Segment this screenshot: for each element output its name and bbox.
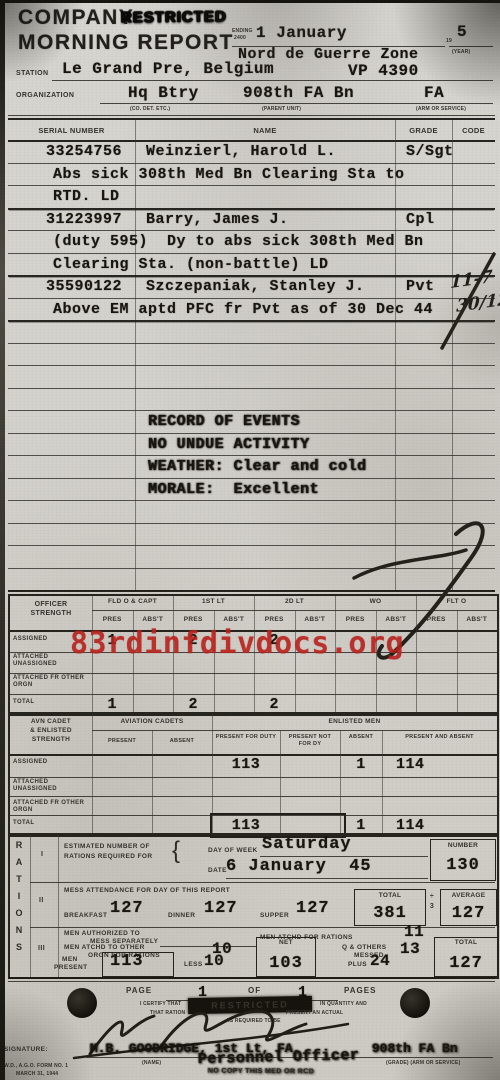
enlisted-row-label: ATTACHED UNASSIGNED <box>13 779 91 793</box>
roster-row <box>8 343 495 367</box>
roster-col-name: NAME <box>135 126 395 135</box>
org-unit-value: Hq Btry <box>128 84 199 102</box>
rations-total-box: TOTAL 127 <box>434 937 498 977</box>
brace-glyph: { <box>172 837 180 865</box>
enlisted-col-header: PRESENT <box>92 738 152 745</box>
atchd-rations-value: 11 <box>404 923 424 941</box>
form-title-line1: COMPANY <box>18 6 134 30</box>
roster-event-line: MORALE: Excellent <box>148 481 319 498</box>
org-caption-unit: (CO. DET. ETC.) <box>130 106 170 112</box>
rations-hline-2 <box>30 927 495 928</box>
enlisted-col-header: PRESENT NOT FOR DY <box>280 734 340 747</box>
roster-row: MORALE: Excellent <box>8 478 495 502</box>
officer-col-sub: ABS'T <box>457 616 498 623</box>
signature-label: SIGNATURE: <box>4 1046 48 1053</box>
dinner-label: DINNER <box>168 912 195 919</box>
breakfast-value: 127 <box>110 899 144 918</box>
signed-unit: 908th FA Bn <box>372 1041 458 1056</box>
rations-date-rule <box>226 878 428 879</box>
roster-remark: (duty 595) Dy to abs sick 308th Med Bn <box>53 233 424 250</box>
roster-row: Clearing Sta. (non-battle) LD <box>8 253 495 278</box>
officer-col-group: WO <box>335 598 416 605</box>
rations-numeral-1: I <box>41 851 43 858</box>
org-arm-value: FA <box>424 84 444 102</box>
officer-col-sub: ABS'T <box>133 616 174 623</box>
officer-col-sub: ABS'T <box>214 616 255 623</box>
station-value: Le Grand Pre, Belgium <box>62 60 274 78</box>
page-label: PAGE <box>126 986 152 995</box>
men-present-label-2: PRESENT <box>54 964 88 971</box>
authorized-rule <box>160 946 256 947</box>
enlisted-strength-title: AVN CADET <box>10 718 92 725</box>
officer-col-group: 2D LT <box>254 598 335 605</box>
enlisted-col-header: PRESENT AND ABSENT <box>382 734 497 741</box>
roster-remark: Clearing Sta. (non-battle) LD <box>53 256 329 273</box>
roster-row <box>8 388 495 412</box>
rations-vline-1 <box>30 835 31 977</box>
net-box: NET 103 <box>256 937 316 977</box>
table-line <box>92 714 93 835</box>
atchd-other-label-1: MEN ATCHD TO OTHER <box>64 944 145 951</box>
roster-row <box>8 365 495 389</box>
org-rule <box>100 103 493 104</box>
mess-attendance-label: MESS ATTENDANCE FOR DAY OF THIS REPORT <box>64 887 230 894</box>
pages-label: PAGES <box>344 986 376 995</box>
roster-row: RTD. LD <box>8 185 495 210</box>
net-value: 103 <box>257 954 315 973</box>
day-of-week-value: Saturday <box>262 835 352 854</box>
authorized-label-1: MEN AUTHORIZED TO <box>64 930 140 937</box>
rations-total-label: TOTAL <box>435 939 497 946</box>
of-label: OF <box>248 986 261 995</box>
enlisted-strength-value: 113 <box>212 756 280 773</box>
enlisted-strength-value: 1 <box>340 756 382 773</box>
breakfast-label: BREAKFAST <box>64 912 107 919</box>
roster-remark: Abs sick 308th Med Bn Clearing Sta to <box>53 166 405 183</box>
table-line <box>416 596 417 714</box>
supper-value: 127 <box>296 899 330 918</box>
enlisted-col-header: PRESENT FOR DUTY <box>212 734 280 741</box>
report-date-value: 1 January <box>256 24 347 42</box>
header-rule-1 <box>8 115 495 116</box>
mess-total-label: TOTAL <box>355 892 425 899</box>
rations-date-value: 6 January 45 <box>226 857 372 876</box>
mess-total-box: TOTAL 381 <box>354 889 426 926</box>
enlisted-row-label: TOTAL <box>13 820 91 827</box>
less-label: LESS <box>184 961 203 968</box>
men-present-label-1: MEN <box>62 956 78 963</box>
roster-row: Above EM aptd PFC fr Pvt as of 30 Dec 44… <box>8 298 495 323</box>
roster-remark: Above EM aptd PFC fr Pvt as of 30 Dec 44 <box>53 301 433 318</box>
officer-col-sub: PRES <box>254 616 295 623</box>
roster-name: Weinzierl, Harold L. <box>146 143 336 160</box>
table-line <box>152 730 153 835</box>
officer-row-label: TOTAL <box>13 699 91 706</box>
rations-numeral-2: II <box>39 897 44 904</box>
average-value: 127 <box>441 904 496 923</box>
enlisted-strength-title: STRENGTH <box>10 736 92 743</box>
roster-grade: Cpl <box>406 211 435 228</box>
divide-by: 3 <box>426 903 438 910</box>
footer-rule-1 <box>8 977 495 979</box>
ending-time-label: 2400 <box>234 35 246 41</box>
table-line <box>382 730 383 835</box>
roster-col-serial: SERIAL NUMBER <box>8 126 135 135</box>
roster-serial: 33254756 <box>46 143 122 160</box>
day-of-week-label: DAY OF WEEK <box>208 847 258 854</box>
roster-name: Barry, James J. <box>146 211 289 228</box>
scan-edge-top <box>0 0 500 3</box>
roster-event-line: WEATHER: Clear and cold <box>148 458 367 475</box>
enlisted-row-label: ASSIGNED <box>13 759 91 766</box>
cadets-group-label: AVIATION CADETS <box>92 718 212 725</box>
rations-total-value: 127 <box>435 954 497 973</box>
roster-row: Abs sick 308th Med Bn Clearing Sta to <box>8 163 495 187</box>
footer-rule-2 <box>8 981 495 982</box>
average-box: AVERAGE 127 <box>440 889 497 926</box>
table-line <box>10 754 497 756</box>
enlisted-strength-value: 114 <box>382 756 497 773</box>
roster-row: RECORD OF EVENTS <box>8 410 495 434</box>
form-title-line2: MORNING REPORT <box>18 31 234 55</box>
number-label: NUMBER <box>431 842 495 849</box>
name-caption: (NAME) <box>142 1060 161 1066</box>
enlisted-col-header: ABSENT <box>340 734 382 741</box>
roster-serial: 35590122 <box>46 278 122 295</box>
officer-col-sub: PRES <box>335 616 376 623</box>
roster-name: Szczepaniak, Stanley J. <box>146 278 365 295</box>
rations-vertical-label: RATIONS <box>14 840 24 974</box>
officer-col-sub: PRES <box>92 616 133 623</box>
enlisted-strength-title: & ENLISTED <box>10 727 92 734</box>
year-value: 5 <box>457 23 467 41</box>
roster-serial: 31223997 <box>46 211 122 228</box>
rations-section: RATIONS I II III ESTIMATED NUMBER OF RAT… <box>8 833 499 979</box>
form-number: W.D., A.G.O. FORM NO. 1 <box>4 1063 68 1069</box>
table-line <box>10 777 497 778</box>
q-others-value: 13 <box>400 940 420 958</box>
organization-label: ORGANIZATION <box>16 92 74 99</box>
officer-strength-value: 2 <box>254 696 295 713</box>
year-prefix: 19 <box>446 38 452 44</box>
roster-col-grade: GRADE <box>395 126 452 135</box>
form-date: MARCH 31, 1944 <box>16 1071 58 1077</box>
rations-hline-1 <box>30 882 495 883</box>
divide-sign: ÷ <box>426 893 438 901</box>
less-value: 10 <box>204 952 224 970</box>
restricted-stamp: RESTRICTED <box>121 8 227 26</box>
morning-report-document: COMPANY MORNING REPORT RESTRICTED ENDING… <box>0 0 500 1080</box>
year-rule <box>449 46 493 47</box>
officer-col-sub: ABS'T <box>295 616 336 623</box>
enlisted-strength-value: 1 <box>340 817 382 834</box>
personnel-officer-stamp: Personnel Officer <box>198 1047 360 1068</box>
roster-event-line: NO UNDUE ACTIVITY <box>148 436 310 453</box>
officer-col-group: FLD O & CAPT <box>92 598 173 605</box>
roster-row: 35590122Szczepaniak, Stanley J.Pvt11-7 <box>8 275 495 299</box>
punch-hole-right <box>400 988 430 1018</box>
enlisted-strength-table: AVN CADET& ENLISTEDSTRENGTHAVIATION CADE… <box>8 712 499 837</box>
scan-edge-left <box>0 0 5 1080</box>
ending-label: ENDING <box>232 28 253 34</box>
org-parent-value: 908th FA Bn <box>243 84 354 102</box>
station-rule <box>52 80 493 81</box>
estimated-label-1: ESTIMATED NUMBER OF <box>64 843 150 850</box>
roster-row: 31223997Barry, James J.Cpl <box>8 208 495 232</box>
mess-total-value: 381 <box>355 904 425 923</box>
table-line <box>457 610 458 714</box>
org-caption-parent: (PARENT UNIT) <box>262 106 301 112</box>
roster-row <box>8 320 495 344</box>
roster-col-code: CODE <box>452 126 495 135</box>
enlisted-row-label: ATTACHED FR OTHER ORGN <box>13 800 91 814</box>
officer-strength-value: 1 <box>92 696 133 713</box>
org-caption-arm: (ARM OR SERVICE) <box>416 106 466 112</box>
officer-col-group: FLT O <box>416 598 497 605</box>
estimated-label-2: RATIONS REQUIRED FOR <box>64 853 152 860</box>
men-present-value: 113 <box>110 952 144 971</box>
date-label: DATE <box>208 867 227 874</box>
officer-col-sub: PRES <box>173 616 214 623</box>
roster-row: 33254756Weinzierl, Harold L.S/Sgt <box>8 140 495 164</box>
plus-label: PLUS <box>348 961 367 968</box>
dinner-value: 127 <box>204 899 238 918</box>
table-line <box>10 796 497 797</box>
officer-strength-value: 2 <box>173 696 214 713</box>
roster-grade: S/Sgt <box>406 143 454 160</box>
bottom-stamp: NO COPY THIS MED OR RCD <box>208 1068 314 1076</box>
officer-strength-title: OFFICER <box>10 601 92 608</box>
number-value: 130 <box>431 856 495 875</box>
header-rule-2 <box>8 118 495 120</box>
enlisted-group-label: ENLISTED MEN <box>212 718 497 725</box>
officer-col-sub: PRES <box>416 616 457 623</box>
plus-value: 24 <box>370 952 390 970</box>
average-label: AVERAGE <box>441 892 496 899</box>
rations-numeral-3: III <box>38 945 45 952</box>
roster-row: NO UNDUE ACTIVITY <box>8 433 495 457</box>
officer-row-label: ATTACHED FR OTHER ORGN <box>13 675 91 689</box>
station-label: STATION <box>16 70 48 77</box>
officer-col-group: 1ST LT <box>173 598 254 605</box>
station-grid-value: VP 4390 <box>348 62 419 80</box>
rations-vline-2 <box>58 835 59 977</box>
officer-col-sub: ABS'T <box>376 616 417 623</box>
officer-strength-title: STRENGTH <box>10 610 92 617</box>
roster-event-line: RECORD OF EVENTS <box>148 413 300 430</box>
roster-row: WEATHER: Clear and cold <box>8 455 495 479</box>
q-others-label-1: Q & OTHERS <box>342 944 386 951</box>
year-caption: (YEAR) <box>452 49 470 55</box>
roster-row: (duty 595) Dy to abs sick 308th Med Bn <box>8 230 495 254</box>
watermark: 83rdinfdivdocs.org <box>70 626 404 661</box>
number-box: NUMBER 130 <box>430 839 496 881</box>
enlisted-strength-value: 114 <box>382 817 497 834</box>
enlisted-col-header: ABSENT <box>152 738 212 745</box>
net-label: NET <box>257 939 315 946</box>
supper-label: SUPPER <box>260 912 289 919</box>
handwritten-slash <box>430 250 498 352</box>
grade-caption: (GRADE) (ARM OR SERVICE) <box>386 1060 460 1066</box>
roster-remark: RTD. LD <box>53 188 120 205</box>
